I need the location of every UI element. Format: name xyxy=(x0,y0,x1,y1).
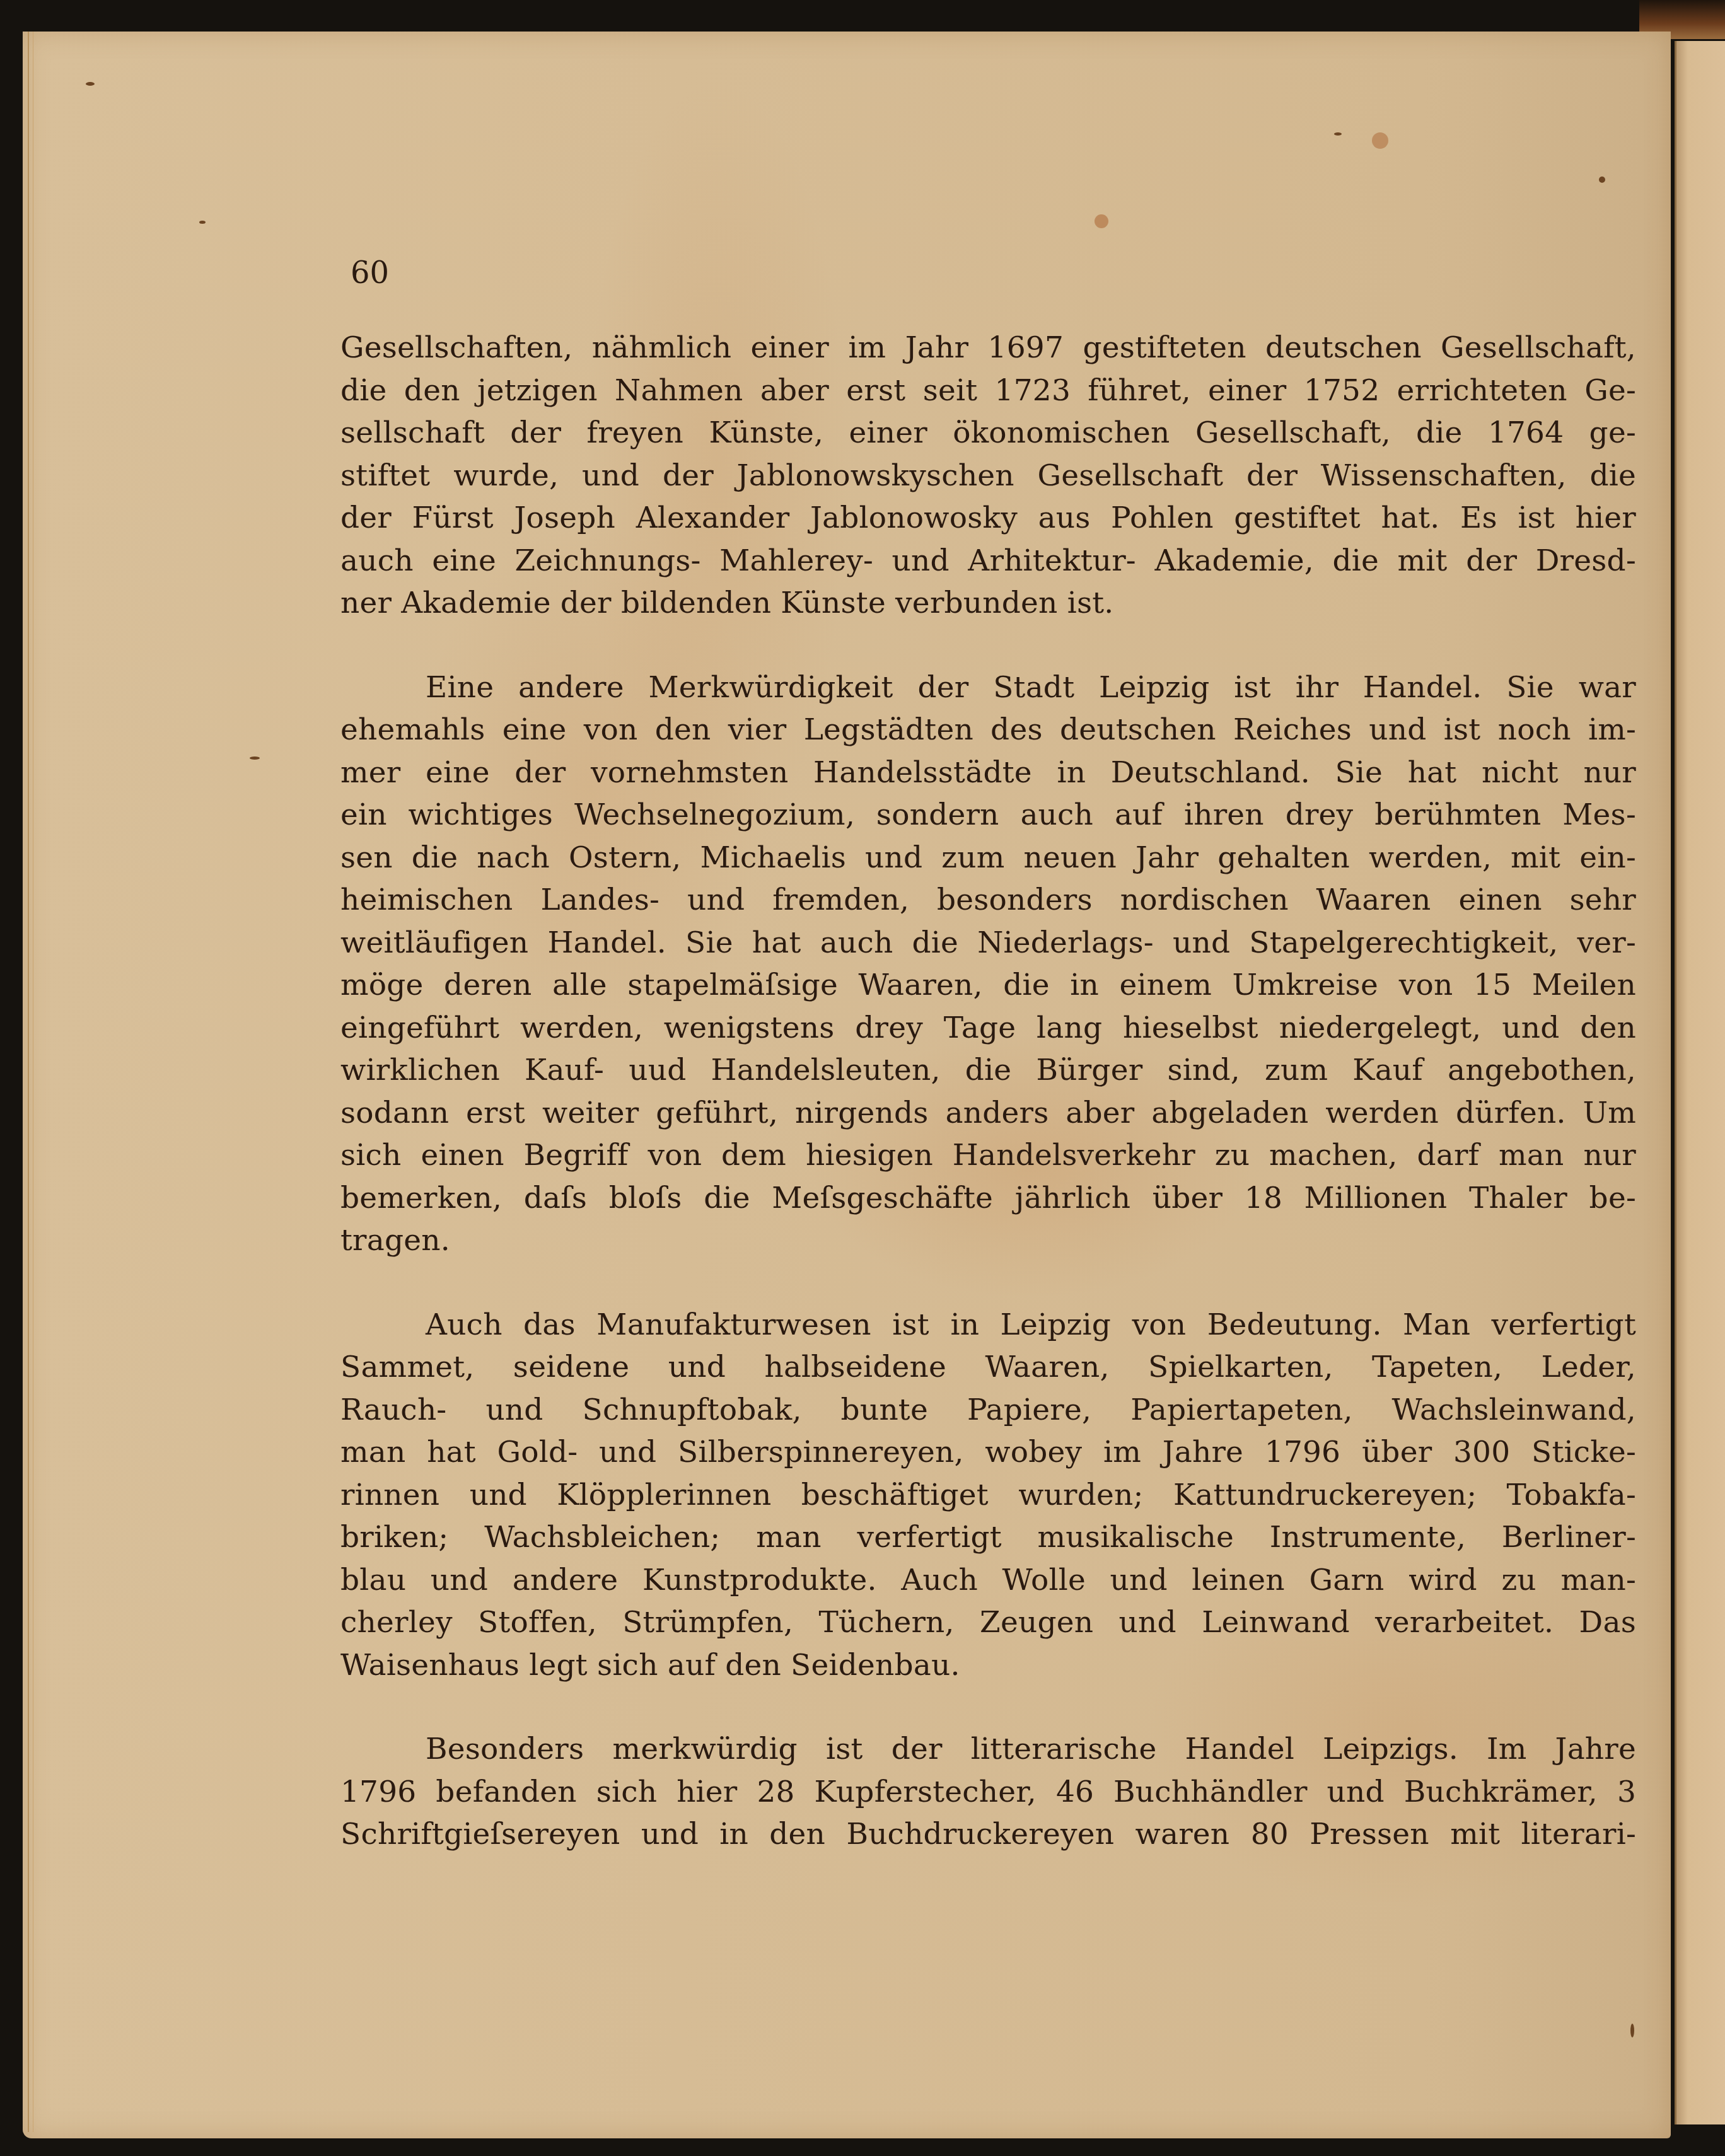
text-line: rinnen und Klöpplerinnen beschäftiget wu… xyxy=(340,1474,1636,1517)
text-line: Schriftgieſsereyen und in den Buchdrucke… xyxy=(340,1813,1636,1856)
text-line: briken; Wachsbleichen; man verfertigt mu… xyxy=(340,1516,1636,1559)
text-line: sich einen Begriff von dem hiesigen Hand… xyxy=(340,1134,1636,1177)
text-line: wirklichen Kauf- uud Handelsleuten, die … xyxy=(340,1049,1636,1092)
paragraph-literary-trade: Besonders merkwürdig ist der litterarisc… xyxy=(340,1728,1636,1856)
text-line: heimischen Landes- und fremden, besonder… xyxy=(340,879,1636,922)
body-text: Gesellschaften, nähmlich einer im Jahr 1… xyxy=(340,252,1636,1856)
text-line: die den jetzigen Nahmen aber erst seit 1… xyxy=(340,369,1636,412)
paragraph-societies: Gesellschaften, nähmlich einer im Jahr 1… xyxy=(340,327,1636,625)
paragraph-trade: Eine andere Merkwürdigkeit der Stadt Lei… xyxy=(340,666,1636,1262)
text-line: ner Akademie der bildenden Künste verbun… xyxy=(340,582,1636,625)
page-edge-border xyxy=(28,32,33,2132)
text-line: Sammet, seidene und halbseidene Waaren, … xyxy=(340,1346,1636,1389)
text-line: möge deren alle stapelmäſsige Waaren, di… xyxy=(340,964,1636,1007)
text-line: eingeführt werden, wenigstens drey Tage … xyxy=(340,1007,1636,1050)
adjacent-page-edge xyxy=(1675,41,1725,2124)
text-line: sen die nach Ostern, Michaelis und zum n… xyxy=(340,837,1636,879)
text-line: auch eine Zeichnungs- Mahlerey- und Arhi… xyxy=(340,540,1636,582)
text-line: Gesellschaften, nähmlich einer im Jahr 1… xyxy=(340,327,1636,369)
text-line: Besonders merkwürdig ist der litterarisc… xyxy=(340,1728,1636,1771)
text-line: bemerken, daſs bloſs die Meſsgeschäfte j… xyxy=(340,1177,1636,1220)
text-line: sodann erst weiter geführt, nirgends and… xyxy=(340,1092,1636,1135)
text-line: Rauch- und Schnupftobak, bunte Papiere, … xyxy=(340,1389,1636,1432)
text-line: weitläufigen Handel. Sie hat auch die Ni… xyxy=(340,922,1636,965)
text-line: man hat Gold- und Silberspinnereyen, wob… xyxy=(340,1431,1636,1474)
text-line: Auch das Manufakturwesen ist in Leipzig … xyxy=(340,1304,1636,1347)
text-line: mer eine der vornehmsten Handelsstädte i… xyxy=(340,751,1636,794)
text-line: 1796 befanden sich hier 28 Kupferstecher… xyxy=(340,1771,1636,1814)
text-line: der Fürst Joseph Alexander Jablonowosky … xyxy=(340,497,1636,540)
text-line: stiftet wurde, und der Jablonowskyschen … xyxy=(340,455,1636,497)
text-line: Waisenhaus legt sich auf den Seidenbau. xyxy=(340,1644,1636,1687)
text-line: tragen. xyxy=(340,1219,1636,1262)
text-line: Eine andere Merkwürdigkeit der Stadt Lei… xyxy=(340,666,1636,709)
text-line: blau und andere Kunstprodukte. Auch Woll… xyxy=(340,1559,1636,1602)
text-line: cherley Stoffen, Strümpfen, Tüchern, Zeu… xyxy=(340,1601,1636,1644)
paragraph-manufacturing: Auch das Manufakturwesen ist in Leipzig … xyxy=(340,1304,1636,1687)
text-line: ehemahls eine von den vier Legstädten de… xyxy=(340,709,1636,751)
text-line: ein wichtiges Wechselnegozium, sondern a… xyxy=(340,794,1636,837)
text-line: sellschaft der freyen Künste, einer ökon… xyxy=(340,412,1636,455)
